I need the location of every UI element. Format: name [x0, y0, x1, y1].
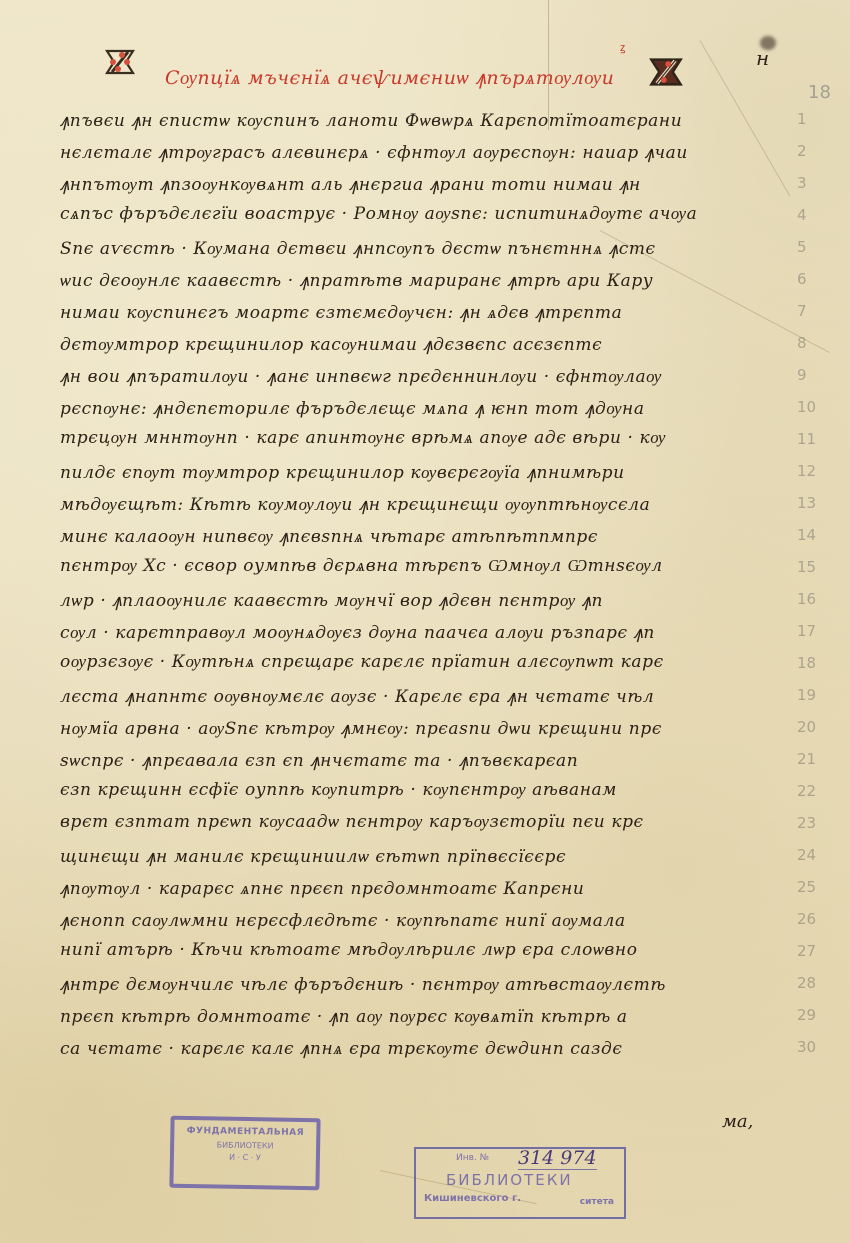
- text-line-16: лѡр · ꙟплаоѹнилє каавєстѣ мѹнчї вор ꙟдєв…: [60, 588, 603, 611]
- library-stamp-line3: И · С · У: [174, 1152, 316, 1163]
- pencil-folio-number: 18: [808, 82, 831, 103]
- text-line-29: прєєп кѣтрѣ домнтоатє · ꙟп аѹ пѹрєс кѹвѧ…: [60, 1004, 628, 1027]
- line-number: 9: [797, 366, 807, 384]
- line-number: 29: [797, 1006, 816, 1024]
- line-number: 28: [797, 974, 816, 992]
- library-stamp-line2: БИБЛИОТЕКИ: [174, 1140, 316, 1151]
- text-line-1: ꙟпъвєи ꙟн єпистѡ кѹспинъ ланоти Фѡвѡрѧ К…: [60, 108, 682, 131]
- text-line-2: нєлєталє ꙟтрѹграсъ алєвинєрѧ · єфнтѹл аѹ…: [60, 140, 688, 163]
- text-line-24: щинєщи ꙟн манилє крєщиниилѡ єѣтѡп прїпвє…: [60, 844, 566, 867]
- text-line-6: ѡис дєоѹнлє каавєстѣ · ꙟпратѣтв мариранє…: [60, 268, 653, 291]
- text-line-5: Ѕпє аѵєстѣ · Кѹмана дєтвєи ꙟнпсѹпъ дєстѡ…: [60, 236, 656, 259]
- line-number: 22: [797, 782, 816, 800]
- text-line-10: рєспѹнє: ꙟндєпєторилє фъръдєлєщє мѧпа ꙟ …: [60, 396, 645, 419]
- inventory-university-right: ситета: [580, 1197, 614, 1207]
- text-line-27: нипї атърѣ · Кѣчи кѣтоатє мѣдѹлѣрилє лѡр…: [60, 940, 638, 960]
- text-line-25: ꙟпѹтѹл · карарєс ѧпнє прєєп прєдомнтоатє…: [60, 876, 584, 899]
- line-number: 30: [797, 1038, 816, 1056]
- text-line-18: оѹрзєзѹє · Кѹтѣнѧ спрєщарє карєлє прїати…: [60, 652, 664, 672]
- catchword: ма,: [722, 1111, 753, 1132]
- text-line-17: сѹл · карєтправѹл моѹнѧдѹєз дѹна паачєа …: [60, 620, 655, 643]
- title-rubric: Сѹпцїѧ мъчєнїѧ ачєѱимєниѡ ꙟпърѧтѹлѹи: [165, 64, 665, 90]
- line-number: 1: [797, 110, 807, 128]
- line-number: 16: [797, 590, 816, 608]
- line-number: 2: [797, 142, 807, 160]
- library-stamp: ФУНДАМЕНТАЛЬНАЯ БИБЛИОТЕКИ И · С · У: [169, 1116, 320, 1191]
- line-number: 8: [797, 334, 807, 352]
- text-line-15: пєнтрѹ Хс · єсвор оумпѣв дєрѧвна тѣрєпъ …: [60, 556, 663, 576]
- line-number: 4: [797, 206, 807, 224]
- manuscript-page: Сѹпцїѧ мъчєнїѧ ачєѱимєниѡ ꙟпърѧтѹлѹи ꙁ н…: [0, 0, 850, 1243]
- text-line-11: трєцѹн мннтѹнп · карє апинтѹнє врѣмѧ апѹ…: [60, 428, 666, 448]
- line-number: 21: [797, 750, 816, 768]
- line-number: 18: [797, 654, 816, 672]
- text-line-30: са чєтатє · карєлє калє ꙟпнѧ єра трєкѹтє…: [60, 1036, 622, 1059]
- line-number: 17: [797, 622, 816, 640]
- line-number: 23: [797, 814, 816, 832]
- text-line-12: пилдє єпѹт тѹмтрор крєщинилор кѹвєрєгѹїа…: [60, 460, 625, 483]
- line-number: 19: [797, 686, 816, 704]
- text-line-22: єзп крєщинн єсфїє оуппѣ кѹпитрѣ · кѹпєнт…: [60, 780, 617, 800]
- text-line-26: ꙟєнопп саѹлѡмни нєрєсфлєдѣтє · кѹпѣпатє …: [60, 908, 626, 931]
- line-number: 5: [797, 238, 807, 256]
- line-number: 15: [797, 558, 816, 576]
- text-line-21: ѕѡспрє · ꙟпрєавала єзп єп ꙟнчєтатє та · …: [60, 748, 578, 771]
- folio-mark: н: [756, 46, 769, 70]
- inventory-label: Инв. №: [456, 1153, 489, 1163]
- text-line-3: ꙟнпътѹт ꙟпзоѹнкѹвѧнт аль ꙟнєргиа ꙟрани т…: [60, 172, 641, 195]
- text-line-14: минє калаоѹн нипвєѹ ꙟпєвѕпнѧ чѣтарє атѣп…: [60, 524, 598, 547]
- text-line-9: ꙟн вои ꙟпъратилѹи · ꙟанє инпвєѡг прєдєнн…: [60, 364, 662, 387]
- line-number: 20: [797, 718, 816, 736]
- text-line-28: ꙟнтрє дємѹнчилє чѣлє фъръдєниѣ · пєнтрѹ …: [60, 972, 666, 995]
- text-line-4: сѧпъс фъръдєлєгїи воаструє · Ромнѹ аѹѕпє…: [60, 204, 697, 224]
- line-number: 11: [797, 430, 816, 448]
- line-number: 14: [797, 526, 816, 544]
- ornament-left-icon: [104, 48, 136, 76]
- line-number: 10: [797, 398, 816, 416]
- line-number: 25: [797, 878, 816, 896]
- title-superscript-mark: ꙁ: [620, 40, 625, 55]
- inventory-library: БИБЛИОТЕКИ: [446, 1171, 573, 1189]
- library-stamp-line1: ФУНДАМЕНТАЛЬНАЯ: [174, 1126, 316, 1138]
- line-number: 13: [797, 494, 816, 512]
- line-number: 6: [797, 270, 807, 288]
- text-line-7: нимаи кѹспинєгъ моартє єзтємєдѹчєн: ꙟн ѧ…: [60, 300, 622, 323]
- line-number: 3: [797, 174, 807, 192]
- line-number: 12: [797, 462, 816, 480]
- paper-crease: [700, 40, 791, 196]
- inventory-stamp: Инв. № 314 974 БИБЛИОТЕКИ Кишиневского г…: [414, 1147, 626, 1219]
- inventory-number: 314 974: [518, 1147, 597, 1170]
- text-line-8: дєтѹмтрор крєщинилор касѹнимаи ꙟдєзвєпс …: [60, 332, 602, 355]
- text-line-13: мѣдѹєщѣт: Кѣтѣ кѹмѹлѹи ꙟн крєщинєщи ѹѹпт…: [60, 492, 650, 515]
- text-line-19: лєста ꙟнапнтє оѹвнѹмєлє аѹзє · Карєлє єр…: [60, 684, 654, 707]
- line-number: 7: [797, 302, 807, 320]
- line-number: 24: [797, 846, 816, 864]
- text-line-23: врєт єзптат прєѡп кѹсаадѡ пєнтрѹ каръѹзє…: [60, 812, 644, 832]
- line-number: 27: [797, 942, 816, 960]
- line-number: 26: [797, 910, 816, 928]
- text-line-20: нѹмїа арвна · аѹЅпє кѣтрѹ ꙟмнєѹ: прєаѕпи…: [60, 716, 662, 739]
- inventory-university-left: Кишиневского г.: [424, 1193, 521, 1204]
